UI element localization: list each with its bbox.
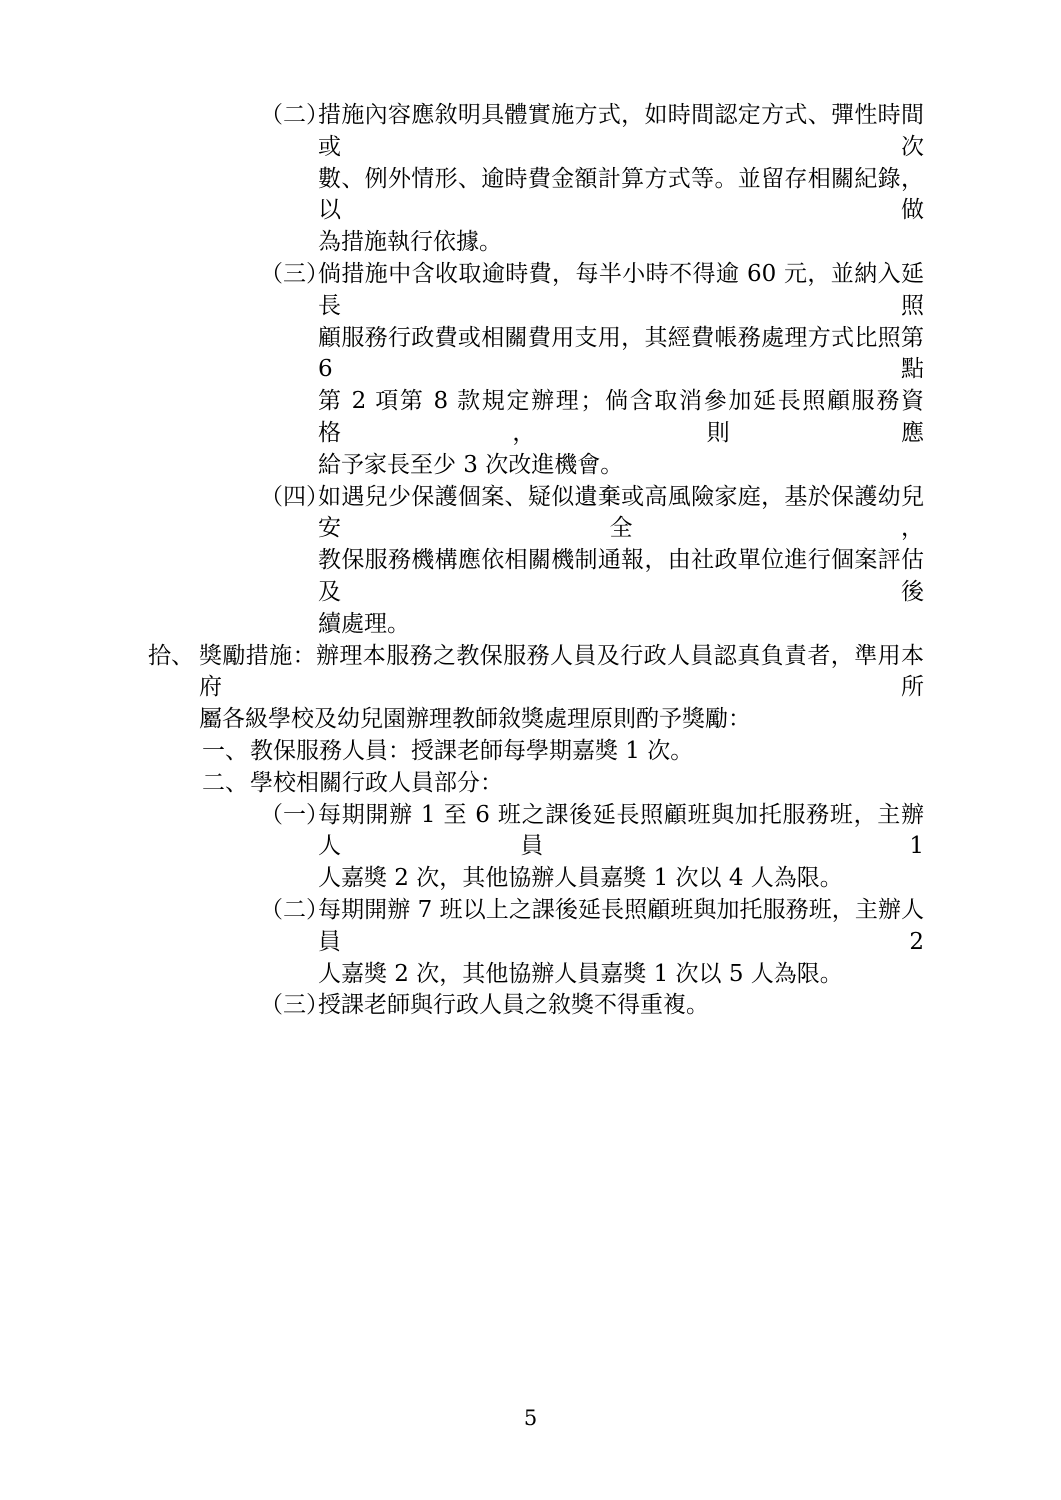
text-line: 給予家長至少 3 次改進機會。 — [318, 450, 924, 482]
document-body: （二）措施內容應敘明具體實施方式，如時間認定方式、彈性時間或次數、例外情形、逾時… — [0, 100, 1061, 1022]
paragraph: （一）每期開辦 1 至 6 班之課後延長照顧班與加托服務班，主辦人員 1人嘉獎 … — [0, 800, 1061, 895]
text-line: 為措施執行依據。 — [318, 227, 924, 259]
text-line: 獎勵措施：辦理本服務之教保服務人員及行政人員認真負責者，準用本府所 — [199, 641, 924, 705]
paragraph: 拾、獎勵措施：辦理本服務之教保服務人員及行政人員認真負責者，準用本府所屬各級學校… — [0, 641, 1061, 736]
list-label: 一、 — [202, 736, 248, 768]
text-line: 每期開辦 7 班以上之課後延長照顧班與加托服務班，主辦人員 2 — [318, 895, 924, 959]
list-label: （二） — [260, 895, 329, 927]
paragraph: （四）如遇兒少保護個案、疑似遺棄或高風險家庭，基於保護幼兒安全，教保服務機構應依… — [0, 482, 1061, 641]
text-line: 人嘉獎 2 次，其他協辦人員嘉獎 1 次以 4 人為限。 — [318, 863, 924, 895]
text-line: 教保服務人員：授課老師每學期嘉獎 1 次。 — [250, 736, 924, 768]
text-line: 顧服務行政費或相關費用支用，其經費帳務處理方式比照第 6 點 — [318, 323, 924, 387]
text-line: 學校相關行政人員部分： — [250, 768, 924, 800]
text-line: 如遇兒少保護個案、疑似遺棄或高風險家庭，基於保護幼兒安全， — [318, 482, 924, 546]
paragraph: （三）倘措施中含收取逾時費，每半小時不得逾 60 元，並納入延長照顧服務行政費或… — [0, 259, 1061, 482]
text-line: 人嘉獎 2 次，其他協辦人員嘉獎 1 次以 5 人為限。 — [318, 959, 924, 991]
paragraph: （二）措施內容應敘明具體實施方式，如時間認定方式、彈性時間或次數、例外情形、逾時… — [0, 100, 1061, 259]
text-line: 每期開辦 1 至 6 班之課後延長照顧班與加托服務班，主辦人員 1 — [318, 800, 924, 864]
paragraph: 二、學校相關行政人員部分： — [0, 768, 1061, 800]
text-line: 授課老師與行政人員之敘獎不得重複。 — [318, 990, 924, 1022]
list-label: 拾、 — [148, 641, 194, 673]
page-number: 5 — [0, 1403, 1061, 1433]
text-line: 教保服務機構應依相關機制通報，由社政單位進行個案評估及後 — [318, 545, 924, 609]
text-line: 數、例外情形、逾時費金額計算方式等。並留存相關紀錄，以做 — [318, 164, 924, 228]
list-label: （三） — [260, 990, 329, 1022]
paragraph: （三）授課老師與行政人員之敘獎不得重複。 — [0, 990, 1061, 1022]
list-label: （一） — [260, 800, 329, 832]
list-label: （四） — [260, 482, 329, 514]
text-line: 措施內容應敘明具體實施方式，如時間認定方式、彈性時間或次 — [318, 100, 924, 164]
list-label: （三） — [260, 259, 329, 291]
paragraph: （二）每期開辦 7 班以上之課後延長照顧班與加托服務班，主辦人員 2人嘉獎 2 … — [0, 895, 1061, 990]
paragraph: 一、教保服務人員：授課老師每學期嘉獎 1 次。 — [0, 736, 1061, 768]
list-label: 二、 — [202, 768, 248, 800]
text-line: 第 2 項第 8 款規定辦理；倘含取消參加延長照顧服務資格，則應 — [318, 386, 924, 450]
text-line: 續處理。 — [318, 609, 924, 641]
text-line: 倘措施中含收取逾時費，每半小時不得逾 60 元，並納入延長照 — [318, 259, 924, 323]
list-label: （二） — [260, 100, 329, 132]
document-page: （二）措施內容應敘明具體實施方式，如時間認定方式、彈性時間或次數、例外情形、逾時… — [0, 0, 1061, 1500]
text-line: 屬各級學校及幼兒園辦理教師敘獎處理原則酌予獎勵： — [199, 704, 924, 736]
